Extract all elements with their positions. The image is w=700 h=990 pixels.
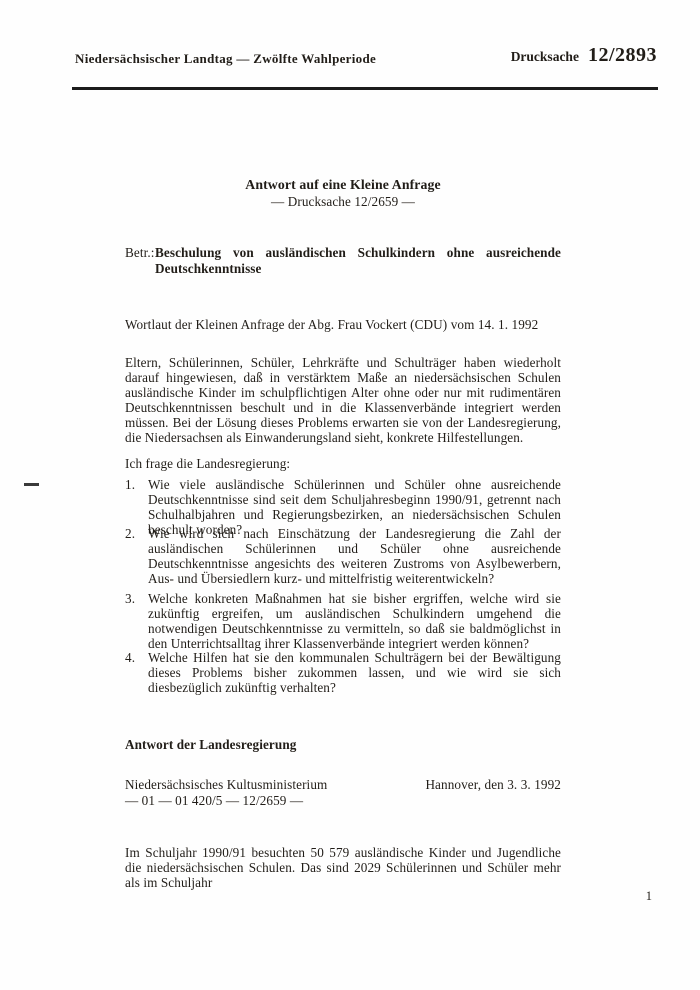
question-text: Wie wird sich nach Einschätzung der Land… bbox=[148, 526, 561, 586]
question-number: 4. bbox=[125, 650, 148, 695]
intro-paragraph: Eltern, Schülerinnen, Schüler, Lehrkräft… bbox=[125, 355, 561, 446]
question-item-4: 4. Welche Hilfen hat sie den kommunalen … bbox=[125, 650, 561, 695]
drucksache-label: Drucksache bbox=[511, 49, 579, 65]
question-item-3: 3. Welche konkreten Maßnahmen hat sie bi… bbox=[125, 591, 561, 651]
header-rule bbox=[72, 87, 658, 90]
document-page: Niedersächsischer Landtag — Zwölfte Wahl… bbox=[0, 0, 700, 990]
page-number: 1 bbox=[646, 889, 652, 904]
subject-row: Betr.: Beschulung von ausländischen Schu… bbox=[125, 245, 561, 277]
place-date: Hannover, den 3. 3. 1992 bbox=[425, 777, 561, 792]
question-item-2: 2. Wie wird sich nach Einschätzung der L… bbox=[125, 526, 561, 586]
title-line2: — Drucksache 12/2659 — bbox=[125, 194, 561, 211]
ministry-block: Niedersächsisches Kultusministerium — 01… bbox=[125, 777, 327, 808]
header-drucksache: Drucksache 12/2893 bbox=[511, 44, 657, 67]
answer-ministry-row: Niedersächsisches Kultusministerium — 01… bbox=[125, 777, 561, 808]
question-text: Welche konkreten Maßnahmen hat sie bishe… bbox=[148, 591, 561, 651]
question-lead: Ich frage die Landesregierung: bbox=[125, 456, 561, 471]
answer-heading: Antwort der Landesregierung bbox=[125, 737, 561, 752]
ministry-reference: — 01 — 01 420/5 — 12/2659 — bbox=[125, 793, 327, 809]
header-parliament-title: Niedersächsischer Landtag — Zwölfte Wahl… bbox=[75, 51, 376, 67]
question-number: 3. bbox=[125, 591, 148, 651]
ministry-name: Niedersächsisches Kultusministerium bbox=[125, 777, 327, 793]
drucksache-number: 12/2893 bbox=[588, 44, 657, 67]
question-text: Welche Hilfen hat sie den kommunalen Sch… bbox=[148, 650, 561, 695]
answer-paragraph: Im Schuljahr 1990/91 besuchten 50 579 au… bbox=[125, 845, 561, 890]
question-intro: Wortlaut der Kleinen Anfrage der Abg. Fr… bbox=[125, 317, 561, 332]
document-title: Antwort auf eine Kleine Anfrage — Drucks… bbox=[125, 177, 561, 210]
title-line1: Antwort auf eine Kleine Anfrage bbox=[125, 177, 561, 194]
subject-label: Betr.: bbox=[125, 245, 155, 277]
subject-text: Beschulung von ausländischen Schulkinder… bbox=[155, 245, 561, 277]
fold-mark bbox=[24, 483, 39, 486]
question-number: 2. bbox=[125, 526, 148, 586]
